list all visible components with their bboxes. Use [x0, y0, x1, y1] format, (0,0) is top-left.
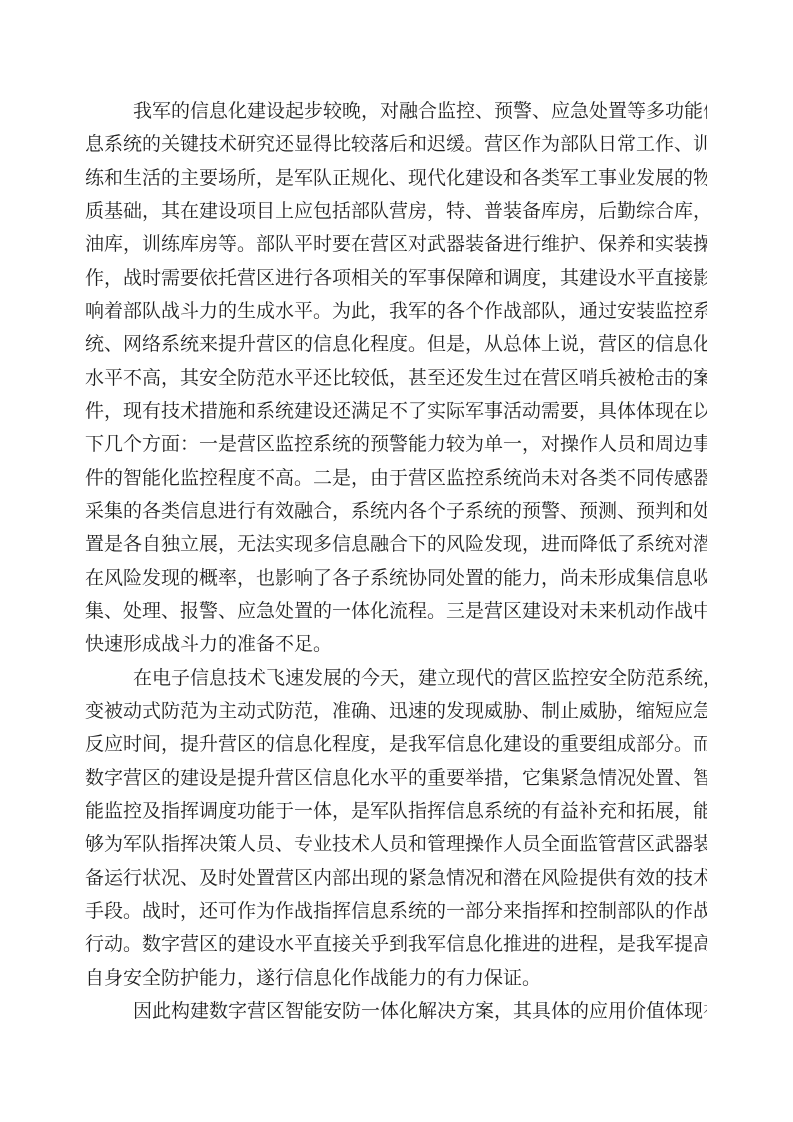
text-line: 因此构建数字营区智能安防一体化解决方案，其具体的应用价值体现在: [85, 995, 707, 1028]
text-line: 快速形成战斗力的准备不足。: [85, 628, 707, 661]
text-line: 变被动式防范为主动式防范，准确、迅速的发现威胁、制止威胁，缩短应急: [85, 695, 707, 728]
text-line: 采集的各类信息进行有效融合，系统内各个子系统的预警、预测、预判和处: [85, 495, 707, 528]
text-line: 统、网络系统来提升营区的信息化程度。但是，从总体上说，营区的信息化: [85, 328, 707, 361]
text-line: 手段。战时，还可作为作战指挥信息系统的一部分来指挥和控制部队的作战: [85, 895, 707, 928]
text-line: 行动。数字营区的建设水平直接关乎到我军信息化推进的进程，是我军提高: [85, 928, 707, 961]
text-line: 作，战时需要依托营区进行各项相关的军事保障和调度，其建设水平直接影: [85, 262, 707, 295]
text-line: 在电子信息技术飞速发展的今天，建立现代的营区监控安全防范系统，: [85, 662, 707, 695]
text-line: 响着部队战斗力的生成水平。为此，我军的各个作战部队，通过安装监控系: [85, 295, 707, 328]
text-line: 反应时间，提升营区的信息化程度，是我军信息化建设的重要组成部分。而: [85, 728, 707, 761]
text-line: 下几个方面：一是营区监控系统的预警能力较为单一，对操作人员和周边事: [85, 428, 707, 461]
text-line: 自身安全防护能力，遂行信息化作战能力的有力保证。: [85, 962, 707, 995]
text-line: 置是各自独立展，无法实现多信息融合下的风险发现，进而降低了系统对潜: [85, 528, 707, 561]
text-line: 够为军队指挥决策人员、专业技术人员和管理操作人员全面监管营区武器装: [85, 828, 707, 861]
text-line: 息系统的关键技术研究还显得比较落后和迟缓。营区作为部队日常工作、训: [85, 128, 707, 161]
text-line: 件的智能化监控程度不高。二是，由于营区监控系统尚未对各类不同传感器: [85, 462, 707, 495]
text-line: 在风险发现的概率，也影响了各子系统协同处置的能力，尚未形成集信息收: [85, 562, 707, 595]
body-text: 我军的信息化建设起步较晚，对融合监控、预警、应急处置等多功能信息系统的关键技术研…: [85, 95, 707, 1028]
text-line: 我军的信息化建设起步较晚，对融合监控、预警、应急处置等多功能信: [85, 95, 707, 128]
text-line: 集、处理、报警、应急处置的一体化流程。三是营区建设对未来机动作战中: [85, 595, 707, 628]
text-line: 备运行状况、及时处置营区内部出现的紧急情况和潜在风险提供有效的技术: [85, 862, 707, 895]
text-line: 件，现有技术措施和系统建设还满足不了实际军事活动需要，具体体现在以: [85, 395, 707, 428]
text-line: 油库，训练库房等。部队平时要在营区对武器装备进行维护、保养和实装操: [85, 228, 707, 261]
text-line: 水平不高，其安全防范水平还比较低，甚至还发生过在营区哨兵被枪击的案: [85, 362, 707, 395]
document-page: 我军的信息化建设起步较晚，对融合监控、预警、应急处置等多功能信息系统的关键技术研…: [0, 0, 793, 1122]
text-line: 数字营区的建设是提升营区信息化水平的重要举措，它集紧急情况处置、智: [85, 762, 707, 795]
text-line: 练和生活的主要场所，是军队正规化、现代化建设和各类军工事业发展的物: [85, 162, 707, 195]
text-line: 质基础，其在建设项目上应包括部队营房，特、普装备库房，后勤综合库，: [85, 195, 707, 228]
text-line: 能监控及指挥调度功能于一体，是军队指挥信息系统的有益补充和拓展，能: [85, 795, 707, 828]
